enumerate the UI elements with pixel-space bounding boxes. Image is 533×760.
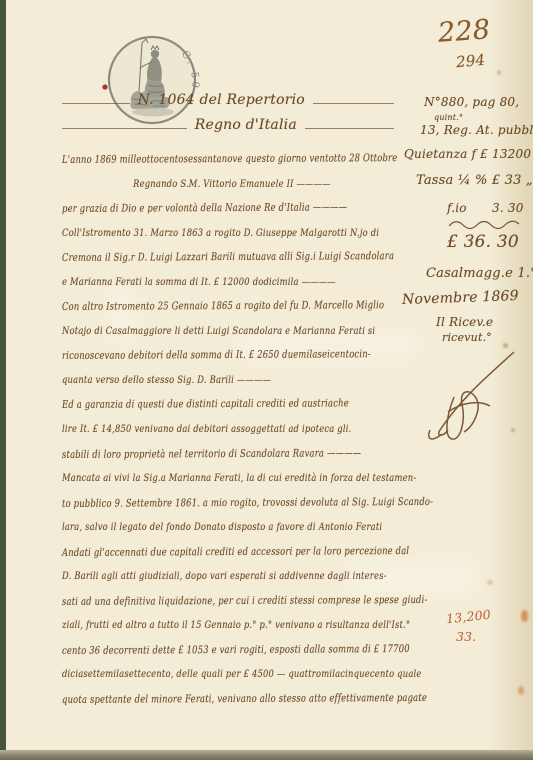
manuscript-line: Coll'Istromento 31. Marzo 1863 a rogito … <box>62 221 403 246</box>
fox-spot <box>487 580 493 585</box>
manuscript-line: riconoscevano debitori della somma di It… <box>62 342 403 368</box>
squiggle-divider <box>447 217 523 231</box>
red-note-tax: 33. <box>456 629 476 644</box>
rule-line <box>62 127 187 129</box>
manuscript-line: Andati gl'accennati due capitali crediti… <box>62 539 403 565</box>
edge-stain <box>521 610 528 622</box>
manuscript-line: stabili di loro proprietà nel territorio… <box>62 441 403 467</box>
register-line: 13, Reg. At. pubbl <box>420 123 533 137</box>
margin-tax: Tassa ¼ % £ 33 „ <box>416 173 533 188</box>
rule-line <box>62 102 130 104</box>
manuscript-line: to pubblico 9. Settembre 1861. a mio rog… <box>62 490 403 516</box>
margin-total-amount: £ 36. 30 <box>447 232 519 252</box>
margin-register: quint.° 13, Reg. At. pubbl <box>420 113 533 138</box>
margin-ref-number: N°880, pag 80, <box>424 95 519 109</box>
manuscript-line: Mancata ai vivi la Sig.a Marianna Ferati… <box>62 466 403 491</box>
receiver-title: Il Ricev.e <box>436 315 493 329</box>
manuscript-line: Notajo di Casalmaggiore li detti Luigi S… <box>62 319 403 344</box>
manuscript-body: L'anno 1869 milleottocentosessantanove q… <box>62 147 403 712</box>
manuscript-line: e Marianna Ferati la somma di It. £ 1200… <box>62 270 403 295</box>
manuscript-line: cento 36 decorrenti dette £ 1053 e vari … <box>62 637 403 663</box>
edge-stain <box>518 686 524 695</box>
scanned-document: C. 50 228 294 N. 1064 del Repertorio Reg… <box>0 0 533 760</box>
manuscript-line: Cremona il Sig.r D. Luigi Lazzari Barili… <box>62 244 403 270</box>
margin-fee-value: 3. 30 <box>492 201 524 215</box>
manuscript-line: ziali, frutti ed altro a tutto il 15 Gen… <box>62 613 403 638</box>
manuscript-line: diciasettemilasettecento, delle quali pe… <box>62 662 403 687</box>
folio-number-secondary: 294 <box>455 51 486 71</box>
manuscript-line: lire It. £ 14,850 venivano dai debitori … <box>62 417 403 442</box>
manuscript-line: quota spettante del minore Ferati, veniv… <box>62 686 403 712</box>
revenue-stamp: C. 50 <box>101 29 201 131</box>
manuscript-line: Con altro Istromento 25 Gennaio 1865 a r… <box>62 293 403 319</box>
rule-line <box>313 102 394 104</box>
manuscript-line: D. Barili agli atti giudiziali, dopo var… <box>62 564 403 589</box>
manuscript-line: Ed a garanzia di questi due distinti cap… <box>62 392 403 418</box>
manuscript-line: lara, salvo il legato del fondo Donato d… <box>62 515 403 540</box>
margin-receipt: Quietanza f £ 13200 <box>404 147 531 161</box>
manuscript-line: per grazia di Dio e per volontà della Na… <box>62 195 403 221</box>
manuscript-line: L'anno 1869 milleottocentosessantanove q… <box>62 146 403 172</box>
manuscript-line: sati ad una definitiva liquidazione, per… <box>62 588 403 614</box>
receiver-signature-flourish <box>402 342 522 447</box>
header-repertory-row: N. 1064 del Repertorio <box>62 92 394 108</box>
manuscript-line: Regnando S.M. Vittorio Emanuele II ———— <box>62 172 403 197</box>
manuscript-line: quanta verso dello stesso Sig. D. Barili… <box>62 368 403 393</box>
scan-bottom-edge <box>0 750 533 760</box>
register-superscript: quint.° <box>434 113 533 122</box>
state-title: Regno d'Italia <box>195 117 297 133</box>
margin-place: Casalmagg.e 1.° <box>426 266 533 281</box>
rule-line <box>305 127 394 129</box>
repertory-number: N. 1064 del Repertorio <box>138 92 305 108</box>
header-state-row: Regno d'Italia <box>62 117 394 133</box>
fox-spot <box>497 70 501 75</box>
red-dot <box>102 84 107 89</box>
folio-number-primary: 228 <box>437 14 491 49</box>
margin-fee-label: f.io <box>447 201 467 215</box>
